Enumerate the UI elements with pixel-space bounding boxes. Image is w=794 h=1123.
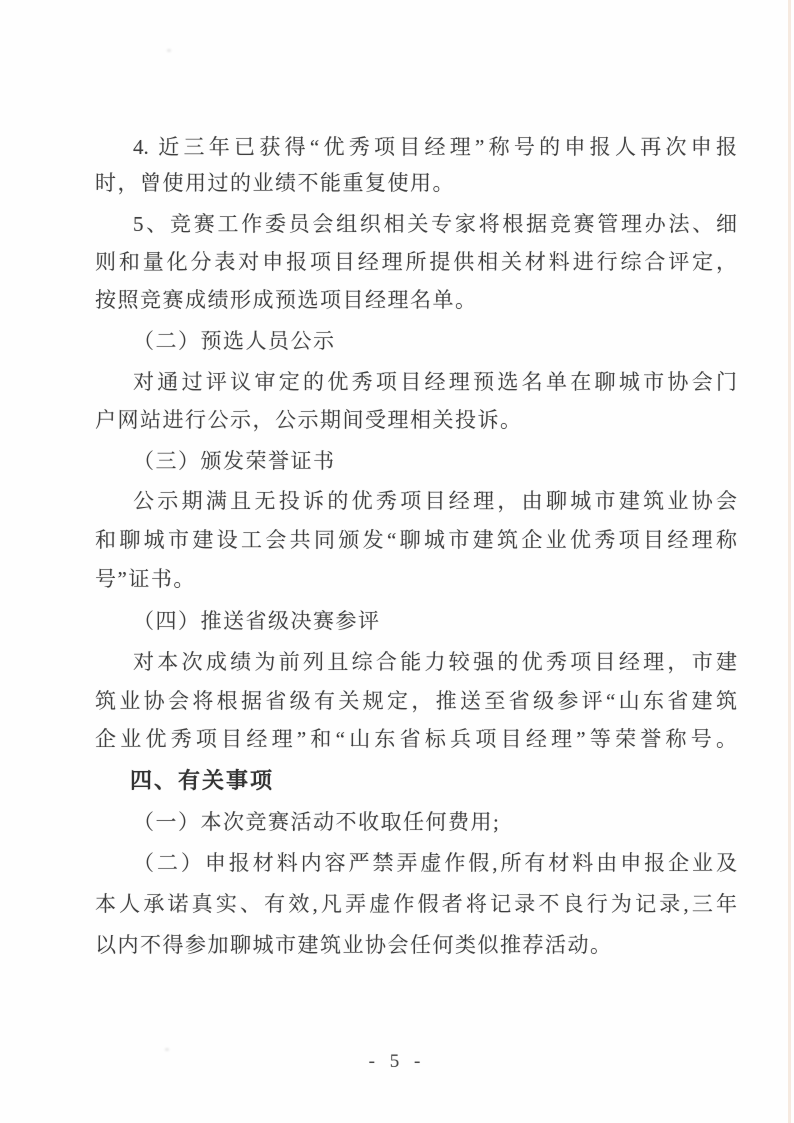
body-line: 4. 近三年已获得“优秀项目经理”称号的申报人再次申报 xyxy=(133,132,737,162)
body-line: 筑业协会将根据省级有关规定，推送至省级参评“山东省建筑 xyxy=(95,686,737,716)
body-line: 5、竞赛工作委员会组织相关专家将根据竞赛管理办法、细 xyxy=(133,209,737,239)
page-number: - 5 - xyxy=(0,1051,794,1073)
body-line: 则和量化分表对申报项目经理所提供相关材料进行综合评定， xyxy=(95,247,737,277)
body-line: 本人承诺真实、有效,凡弄虚作假者将记录不良行为记录,三年 xyxy=(95,889,737,919)
body-line: 和聊城市建设工会共同颁发“聊城市建筑企业优秀项目经理称 xyxy=(95,525,737,555)
body-line: （一）本次竞赛活动不收取任何费用; xyxy=(133,807,500,837)
paper-edge-shadow xyxy=(788,0,791,1123)
scan-speck xyxy=(167,49,171,52)
body-line: 对本次成绩为前列且综合能力较强的优秀项目经理，市建 xyxy=(133,647,737,677)
body-line: 以内不得参加聊城市建筑业协会任何类似推荐活动。 xyxy=(95,930,613,960)
body-line: 时，曾使用过的业绩不能重复使用。 xyxy=(95,168,455,198)
subsection-heading: （四）推送省级决赛参评 xyxy=(133,606,381,636)
body-line: 企业优秀项目经理”和“山东省标兵项目经理”等荣誉称号。 xyxy=(95,724,737,754)
subsection-heading: （三）颁发荣誉证书 xyxy=(133,446,336,476)
section-heading: 四、有关事项 xyxy=(130,766,274,796)
body-line: 按照竞赛成绩形成预选项目经理名单。 xyxy=(95,285,478,315)
body-line: 公示期满且无投诉的优秀项目经理，由聊城市建筑业协会 xyxy=(133,486,737,516)
body-line: 号”证书。 xyxy=(95,564,196,594)
body-line: 对通过评议审定的优秀项目经理预选名单在聊城市协会门 xyxy=(133,367,737,397)
body-line: 户网站进行公示，公示期间受理相关投诉。 xyxy=(95,405,523,435)
subsection-heading: （二）预选人员公示 xyxy=(133,326,336,356)
scanned-document-page: 4. 近三年已获得“优秀项目经理”称号的申报人再次申报 时，曾使用过的业绩不能重… xyxy=(0,0,794,1123)
body-line: （二）申报材料内容严禁弄虚作假,所有材料由申报企业及 xyxy=(133,848,737,878)
